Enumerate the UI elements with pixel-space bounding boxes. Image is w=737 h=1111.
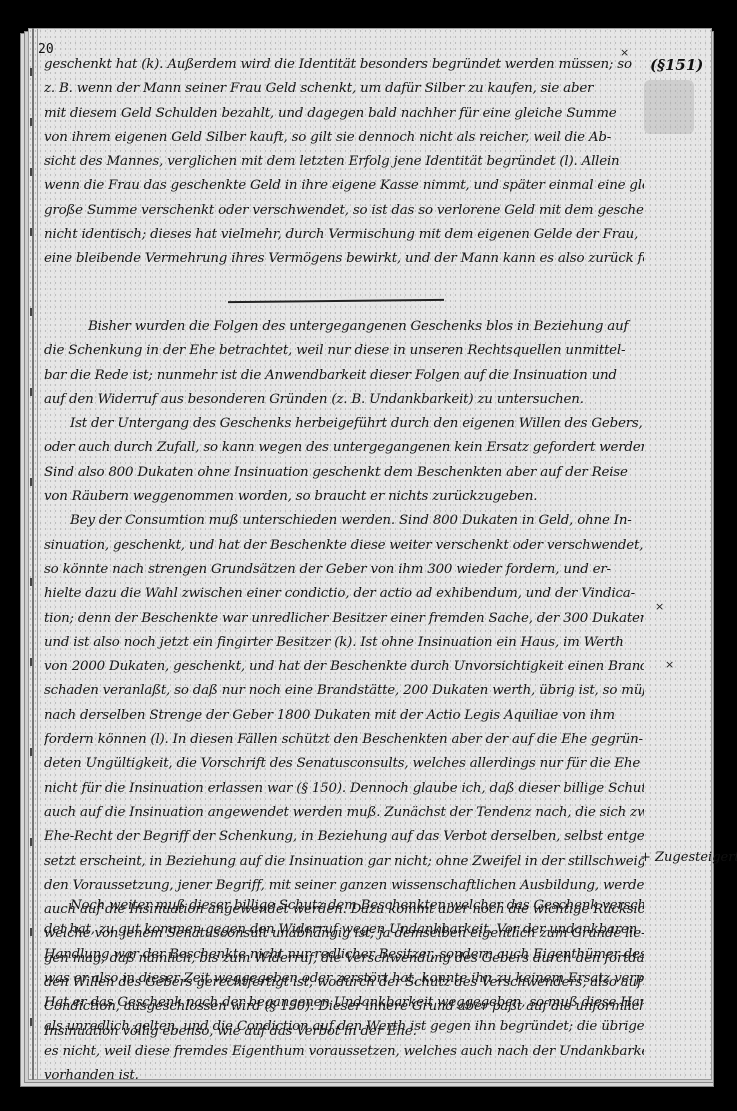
text-line: schaden veranlaßt, so daß nur noch eine …	[44, 679, 644, 703]
paragraph-3: Noch weiter muß dieser billige Schutz de…	[44, 894, 644, 1088]
text-line: Bisher wurden die Folgen des untergegang…	[44, 315, 644, 339]
manuscript-page: 20 (§151) × × × + Zugesteigert geschenkt…	[28, 28, 712, 1080]
text-line: deten Ungültigkeit, die Vorschrift des S…	[44, 752, 644, 776]
text-line: eine bleibende Vermehrung ihres Vermögen…	[44, 247, 644, 271]
text-line: setzt erscheint, in Beziehung auf die In…	[44, 850, 644, 874]
text-line: als unredlich gelten, und die Condiction…	[44, 1015, 644, 1039]
text-line: sicht des Mannes, verglichen mit dem let…	[44, 150, 644, 174]
library-stamp	[644, 80, 694, 134]
text-line: Hat er das Geschenk nach der begangenen …	[44, 991, 644, 1015]
margin-annotation: + Zugesteigert	[640, 850, 737, 865]
text-line: Sind also 800 Dukaten ohne Insinuation g…	[44, 461, 644, 485]
text-line: bar die Rede ist; nunmehr ist die Anwend…	[44, 364, 644, 388]
text-line: nach derselben Strenge der Geber 1800 Du…	[44, 704, 644, 728]
paragraph-1: geschenkt hat (k). Außerdem wird die Ide…	[44, 53, 644, 272]
text-line: nicht für die Insinuation erlassen war (…	[44, 777, 644, 801]
text-line: vorhanden ist.	[44, 1064, 644, 1088]
text-line: nicht identisch; dieses hat vielmehr, du…	[44, 223, 644, 247]
text-line: sinuation, geschenkt, und hat der Besche…	[44, 534, 644, 558]
text-line: und ist also noch jetzt ein fingirter Be…	[44, 631, 644, 655]
section-stamp: (§151)	[650, 56, 703, 74]
text-line: so könnte nach strengen Grundsätzen der …	[44, 558, 644, 582]
text-line: auf den Widerruf aus besonderen Gründen …	[44, 388, 644, 412]
text-line: fordern können (l). In diesen Fällen sch…	[44, 728, 644, 752]
text-line: geschenkt hat (k). Außerdem wird die Ide…	[44, 53, 644, 77]
text-line: auch auf die Insinuation angewendet werd…	[44, 801, 644, 825]
text-line: det hat, zu gut kommen gegen den Widerru…	[44, 918, 644, 942]
text-line: von Räubern weggenommen worden, so brauc…	[44, 485, 644, 509]
margin-cross-mark: ×	[665, 658, 674, 671]
section-divider	[228, 299, 444, 303]
text-line: Ist der Untergang des Geschenks herbeige…	[44, 412, 644, 436]
text-line: Ehe-Recht der Begriff der Schenkung, in …	[44, 825, 644, 849]
text-line: Noch weiter muß dieser billige Schutz de…	[44, 894, 644, 918]
text-line: Handlung war der Beschenkte nicht nur re…	[44, 943, 644, 967]
text-line: von 2000 Dukaten, geschenkt, und hat der…	[44, 655, 644, 679]
text-line: z. B. wenn der Mann seiner Frau Geld sch…	[44, 77, 644, 101]
text-line: Bey der Consumtion muß unterschieden wer…	[44, 509, 644, 533]
text-line: wenn die Frau das geschenkte Geld in ihr…	[44, 174, 644, 198]
text-line: die Schenkung in der Ehe betrachtet, wei…	[44, 339, 644, 363]
left-margin-ticks	[30, 58, 38, 1058]
text-line: hielte dazu die Wahl zwischen einer cond…	[44, 582, 644, 606]
margin-cross-mark: ×	[655, 600, 664, 613]
text-line: mit diesem Geld Schulden bezahlt, und da…	[44, 102, 644, 126]
text-line: oder auch durch Zufall, so kann wegen de…	[44, 436, 644, 460]
text-line: tion; denn der Beschenkte war unredliche…	[44, 607, 644, 631]
text-line: große Summe verschenkt oder verschwendet…	[44, 199, 644, 223]
text-line: es nicht, weil diese fremdes Eigenthum v…	[44, 1040, 644, 1064]
text-line: was er also in dieser Zeit weggegeben od…	[44, 967, 644, 991]
text-line: von ihrem eigenen Geld Silber kauft, so …	[44, 126, 644, 150]
